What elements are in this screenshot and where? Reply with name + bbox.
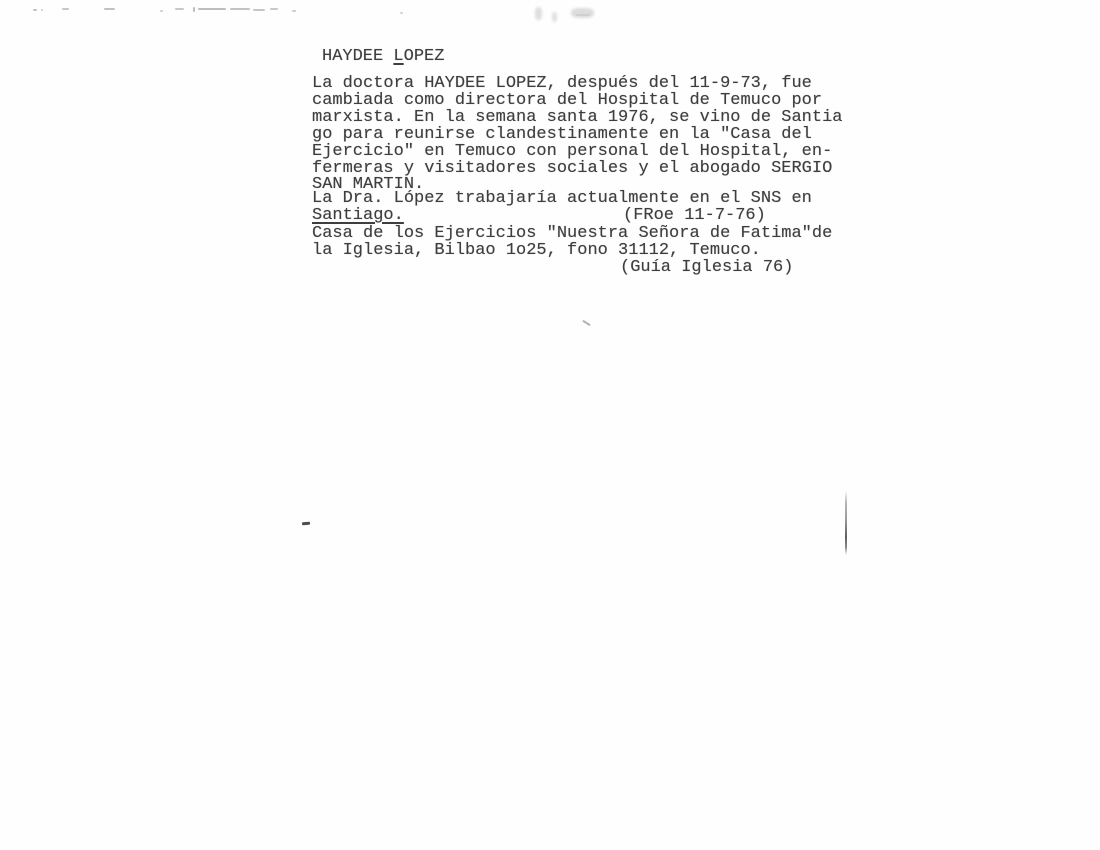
body-line: La doctora HAYDEE LOPEZ, después del 11-… — [312, 75, 812, 92]
title-pre: HAYDEE — [322, 47, 393, 66]
body-line: go para reunirse clandestinamente en la … — [312, 126, 812, 143]
underlined-place: Santiago. — [312, 206, 404, 225]
scan-smudge — [571, 8, 594, 18]
body-line: la Iglesia, Bilbao 1o25, fono 31112, Tem… — [312, 242, 761, 259]
scan-speck — [193, 7, 195, 12]
title-rest: OPEZ — [404, 47, 445, 66]
scan-speck — [33, 9, 37, 11]
title-underlined-letter: L — [393, 47, 403, 66]
scan-speck — [160, 10, 163, 12]
scan-speck — [270, 8, 278, 10]
source-citation: (Guía Iglesia 76) — [620, 259, 793, 276]
scan-speck — [230, 8, 250, 10]
scan-vertical-line — [845, 491, 847, 555]
body-line: marxista. En la semana santa 1976, se vi… — [312, 109, 843, 126]
scan-speck — [400, 12, 403, 14]
scan-smudge — [552, 12, 557, 22]
scan-speck — [292, 10, 296, 12]
scan-speck — [198, 8, 226, 10]
scan-speck — [576, 14, 590, 16]
scanned-document-page: HAYDEE LOPEZ La doctora HAYDEE LOPEZ, de… — [0, 0, 1100, 850]
scan-speck — [62, 8, 69, 10]
body-line-with-citation: Santiago.(FRoe 11-7-76) — [312, 207, 872, 224]
scan-speck — [175, 8, 184, 10]
scan-tick-mark — [582, 320, 591, 326]
source-citation: (FRoe 11-7-76) — [623, 207, 766, 224]
document-title: HAYDEE LOPEZ — [322, 48, 444, 65]
body-line: cambiada como directora del Hospital de … — [312, 92, 822, 109]
body-line: Casa de los Ejercicios "Nuestra Señora d… — [312, 225, 832, 242]
body-line: Ejercicio" en Temuco con personal del Ho… — [312, 143, 832, 160]
scan-speck — [104, 8, 115, 10]
scan-smudge — [535, 7, 542, 20]
scan-speck — [41, 9, 43, 11]
scan-dark-dash — [302, 522, 310, 526]
body-line: La Dra. López trabajaría actualmente en … — [312, 190, 812, 207]
scan-speck — [253, 9, 265, 11]
